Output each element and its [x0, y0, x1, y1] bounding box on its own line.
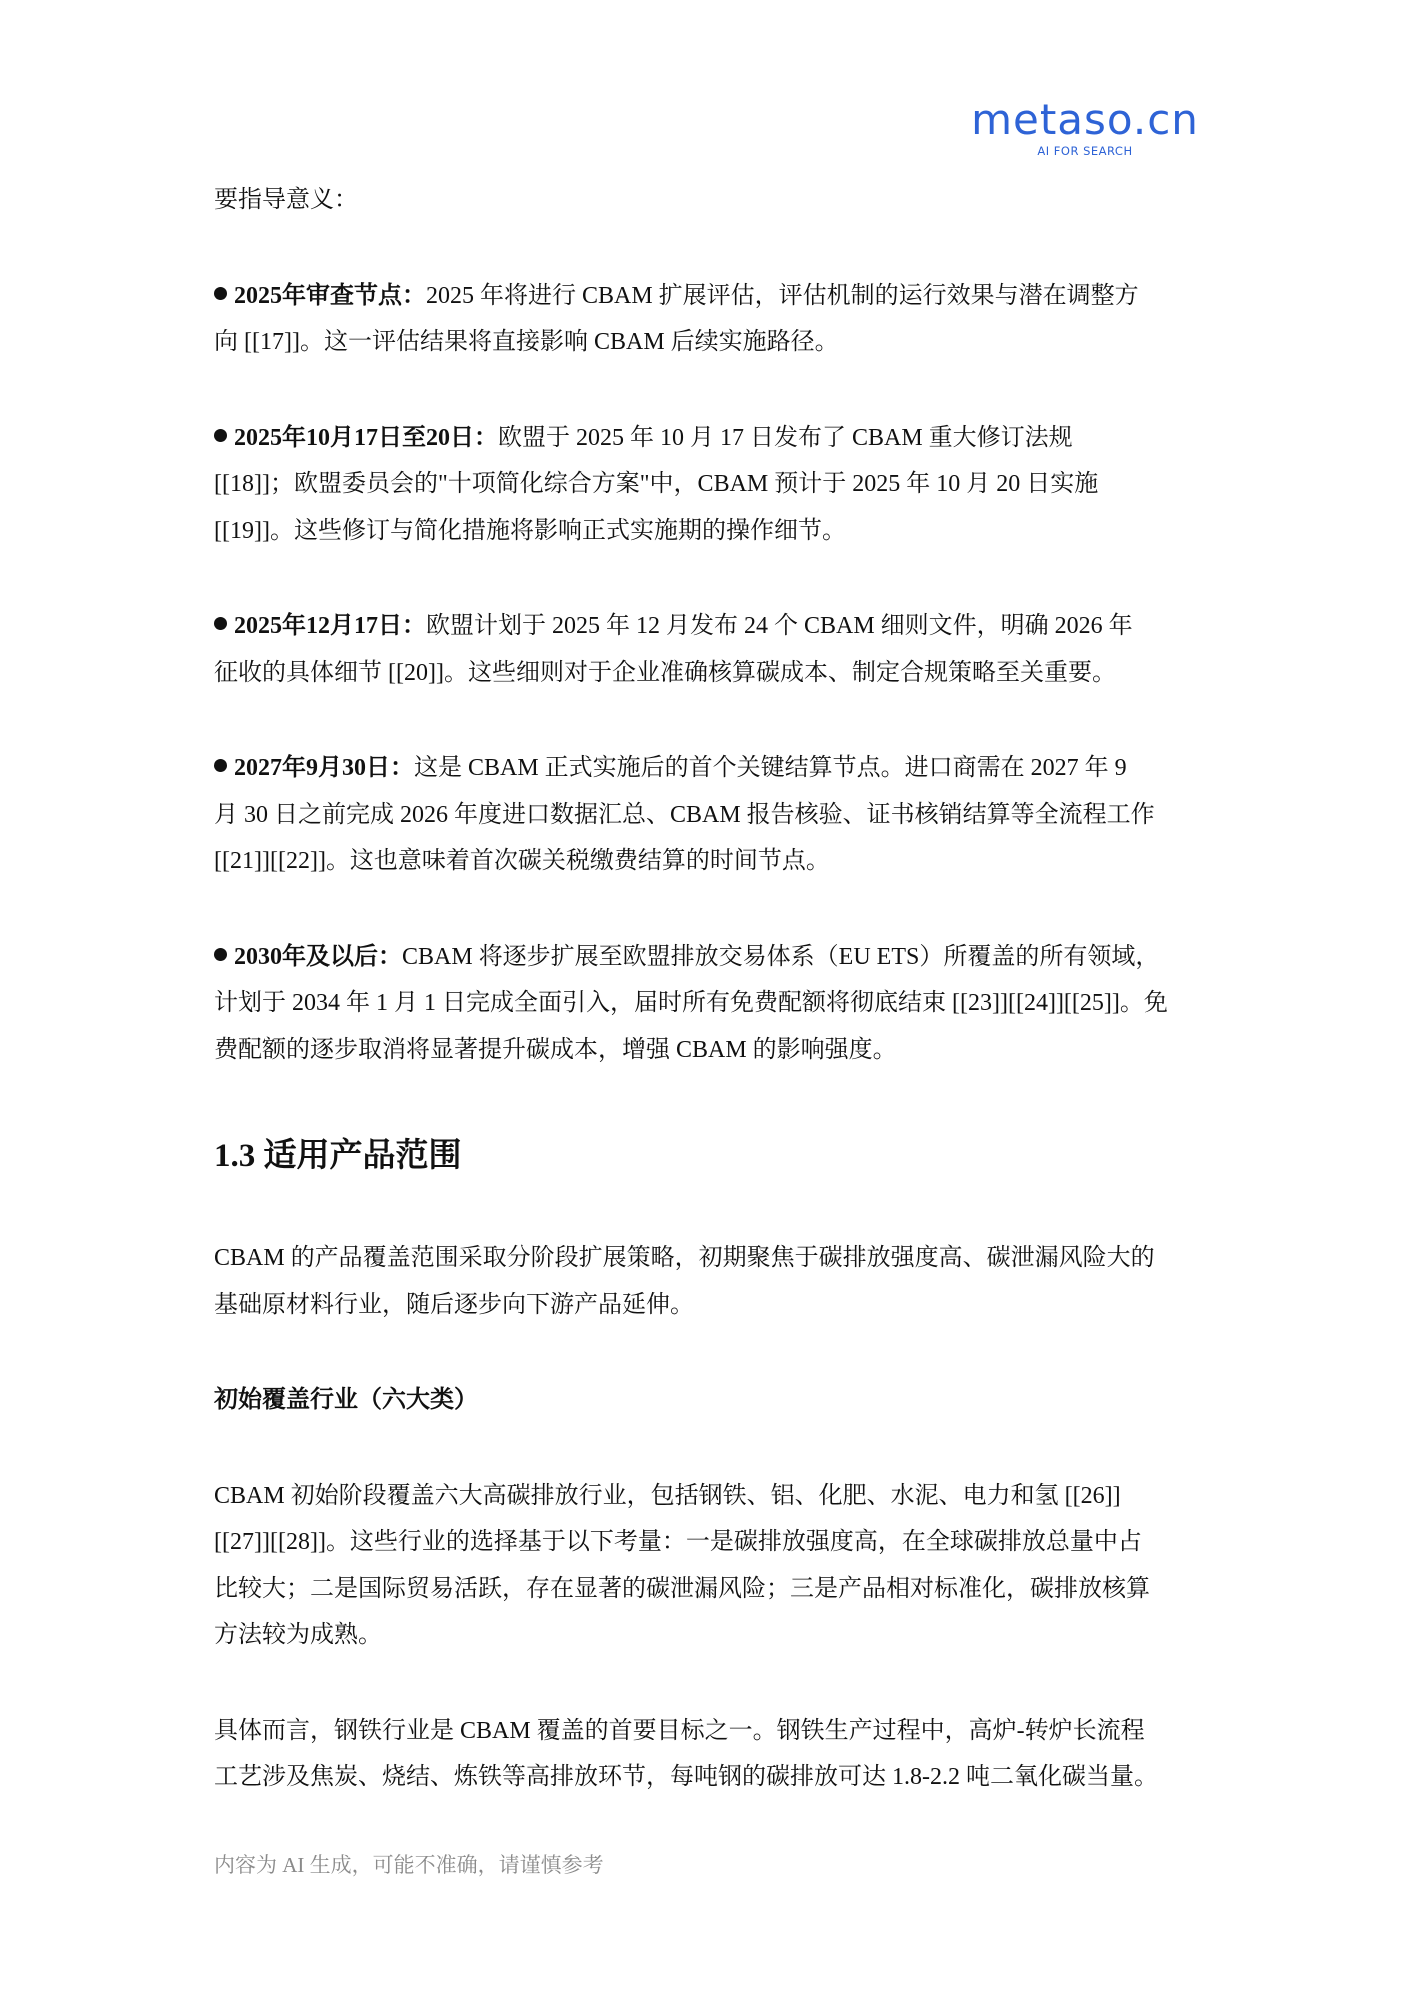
milestone-text: 这是 CBAM 正式实施后的首个关键结算节点。进口商需在 2027 年 9: [414, 755, 1127, 781]
milestone-text: CBAM 将逐步扩展至欧盟排放交易体系（EU ETS）所覆盖的所有领域，: [402, 944, 1159, 970]
paragraph-line: 比较大；二是国际贸易活跃，存在显著的碳泄漏风险；三是产品相对标准化，碳排放核算: [214, 1566, 1194, 1613]
milestone-label: 2030年及以后：: [234, 944, 402, 970]
milestone-text: 月 30 日之前完成 2026 年度进口数据汇总、CBAM 报告核验、证书核销结…: [214, 792, 1194, 839]
metaso-logo: metaso.cn AI FOR SEARCH: [955, 98, 1215, 158]
paragraph-line: 工艺涉及焦炭、烧结、炼铁等高排放环节，每吨钢的碳排放可达 1.8-2.2 吨二氧…: [214, 1754, 1194, 1801]
milestone-label: 2025年12月17日：: [234, 613, 426, 639]
milestone-text: 征收的具体细节 [[20]]。这些细则对于企业准确核算碳成本、制定合规策略至关重…: [214, 650, 1194, 697]
milestone-text: 向 [[17]]。这一评估结果将直接影响 CBAM 后续实施路径。: [214, 319, 1194, 366]
paragraph-steel: 具体而言，钢铁行业是 CBAM 覆盖的首要目标之一。钢铁生产过程中，高炉-转炉长…: [214, 1708, 1194, 1801]
milestone-text: 2025 年将进行 CBAM 扩展评估，评估机制的运行效果与潜在调整方: [426, 283, 1139, 309]
milestone-item: 2025年审查节点：2025 年将进行 CBAM 扩展评估，评估机制的运行效果与…: [214, 273, 1194, 366]
milestone-text: 费配额的逐步取消将显著提升碳成本，增强 CBAM 的影响强度。: [214, 1027, 1194, 1074]
document-body: 要指导意义： 2025年审查节点：2025 年将进行 CBAM 扩展评估，评估机…: [214, 177, 1194, 1801]
paragraph-line: [[27]][[28]]。这些行业的选择基于以下考量：一是碳排放强度高，在全球碳…: [214, 1519, 1194, 1566]
milestone-item: 2030年及以后：CBAM 将逐步扩展至欧盟排放交易体系（EU ETS）所覆盖的…: [214, 934, 1194, 1074]
milestone-text: 计划于 2034 年 1 月 1 日完成全面引入，届时所有免费配额将彻底结束 […: [214, 980, 1194, 1027]
bullet-icon: [214, 429, 227, 442]
milestone-label: 2025年10月17日至20日：: [234, 425, 498, 451]
paragraph-line: CBAM 初始阶段覆盖六大高碳排放行业，包括钢铁、铝、化肥、水泥、电力和氢 [[…: [214, 1473, 1194, 1520]
section-intro-line: 基础原材料行业，随后逐步向下游产品延伸。: [214, 1282, 1194, 1329]
bullet-icon: [214, 759, 227, 772]
section-intro: CBAM 的产品覆盖范围采取分阶段扩展策略，初期聚焦于碳排放强度高、碳泄漏风险大…: [214, 1235, 1194, 1328]
milestone-text: [[21]][[22]]。这也意味着首次碳关税缴费结算的时间节点。: [214, 838, 1194, 885]
section-heading: 1.3 适用产品范围: [214, 1133, 1194, 1179]
milestone-text: [[19]]。这些修订与简化措施将影响正式实施期的操作细节。: [214, 508, 1194, 555]
milestone-label: 2027年9月30日：: [234, 755, 414, 781]
section-intro-line: CBAM 的产品覆盖范围采取分阶段扩展策略，初期聚焦于碳排放强度高、碳泄漏风险大…: [214, 1235, 1194, 1282]
ai-disclaimer: 内容为 AI 生成，可能不准确，请谨慎参考: [214, 1850, 604, 1880]
paragraph-line: 具体而言，钢铁行业是 CBAM 覆盖的首要目标之一。钢铁生产过程中，高炉-转炉长…: [214, 1708, 1194, 1755]
milestone-text: 欧盟于 2025 年 10 月 17 日发布了 CBAM 重大修订法规: [498, 425, 1073, 451]
milestone-item: 2025年12月17日：欧盟计划于 2025 年 12 月发布 24 个 CBA…: [214, 603, 1194, 696]
paragraph-industries: CBAM 初始阶段覆盖六大高碳排放行业，包括钢铁、铝、化肥、水泥、电力和氢 [[…: [214, 1473, 1194, 1659]
subheading: 初始覆盖行业（六大类）: [214, 1377, 1194, 1424]
paragraph-line: 方法较为成熟。: [214, 1612, 1194, 1659]
milestone-item: 2027年9月30日：这是 CBAM 正式实施后的首个关键结算节点。进口商需在 …: [214, 745, 1194, 885]
bullet-icon: [214, 617, 227, 630]
milestone-text: [[18]]；欧盟委员会的"十项简化综合方案"中，CBAM 预计于 2025 年…: [214, 461, 1194, 508]
bullet-icon: [214, 948, 227, 961]
milestone-item: 2025年10月17日至20日：欧盟于 2025 年 10 月 17 日发布了 …: [214, 415, 1194, 555]
milestone-label: 2025年审查节点：: [234, 283, 426, 309]
logo-brand: metaso.cn: [955, 98, 1215, 142]
intro-text: 要指导意义：: [214, 177, 1194, 224]
milestone-text: 欧盟计划于 2025 年 12 月发布 24 个 CBAM 细则文件，明确 20…: [426, 613, 1133, 639]
logo-tagline: AI FOR SEARCH: [955, 144, 1215, 158]
bullet-icon: [214, 287, 227, 300]
